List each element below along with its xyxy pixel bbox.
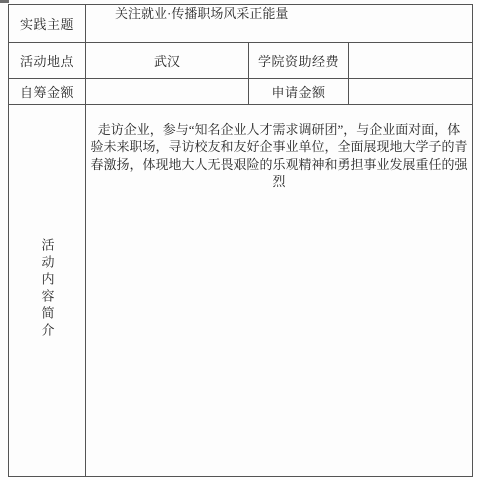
college-fund-label: 学院资助经费 bbox=[249, 43, 349, 79]
activity-location-row: 活动地点 武汉 学院资助经费 bbox=[9, 43, 473, 79]
application-form-table: 实践主题 关注就业·传播职场风采正能量 活动地点 武汉 学院资助经费 自筹金额 … bbox=[8, 4, 473, 477]
content-intro-line-2: 验未来职场，寻访校友和友好企事业单位，全面展现地大学子的青 bbox=[86, 138, 472, 155]
scan-artifact bbox=[0, 0, 9, 3]
content-intro-label: 活动内容简介 bbox=[39, 238, 56, 340]
practice-theme-value: 关注就业·传播职场风采正能量 bbox=[86, 5, 473, 43]
content-intro-label-cell: 活动内容简介 bbox=[9, 105, 86, 477]
scanned-form-page: 实践主题 关注就业·传播职场风采正能量 活动地点 武汉 学院资助经费 自筹金额 … bbox=[0, 0, 480, 480]
requested-amount-label: 申请金额 bbox=[249, 79, 349, 105]
practice-theme-row: 实践主题 关注就业·传播职场风采正能量 bbox=[9, 5, 473, 43]
content-intro-line-3: 春激扬，体现地大人无畏艰险的乐观精神和勇担事业发展重任的强 bbox=[86, 156, 472, 173]
college-fund-value bbox=[349, 43, 473, 79]
content-intro-line-4: 烈 bbox=[86, 173, 472, 190]
practice-theme-label: 实践主题 bbox=[9, 5, 86, 43]
activity-location-label: 活动地点 bbox=[9, 43, 86, 79]
content-intro-value: 走访企业，参与“知名企业人才需求调研团”，与企业面对面，体 验未来职场，寻访校友… bbox=[86, 105, 473, 477]
amounts-row: 自筹金额 申请金额 bbox=[9, 79, 473, 105]
requested-amount-value bbox=[349, 79, 473, 105]
content-intro-row: 活动内容简介 走访企业，参与“知名企业人才需求调研团”，与企业面对面，体 验未来… bbox=[9, 105, 473, 477]
self-raised-amount-label: 自筹金额 bbox=[9, 79, 86, 105]
self-raised-amount-value bbox=[86, 79, 249, 105]
activity-location-value: 武汉 bbox=[86, 43, 249, 79]
content-intro-line-1: 走访企业，参与“知名企业人才需求调研团”，与企业面对面，体 bbox=[86, 121, 472, 138]
